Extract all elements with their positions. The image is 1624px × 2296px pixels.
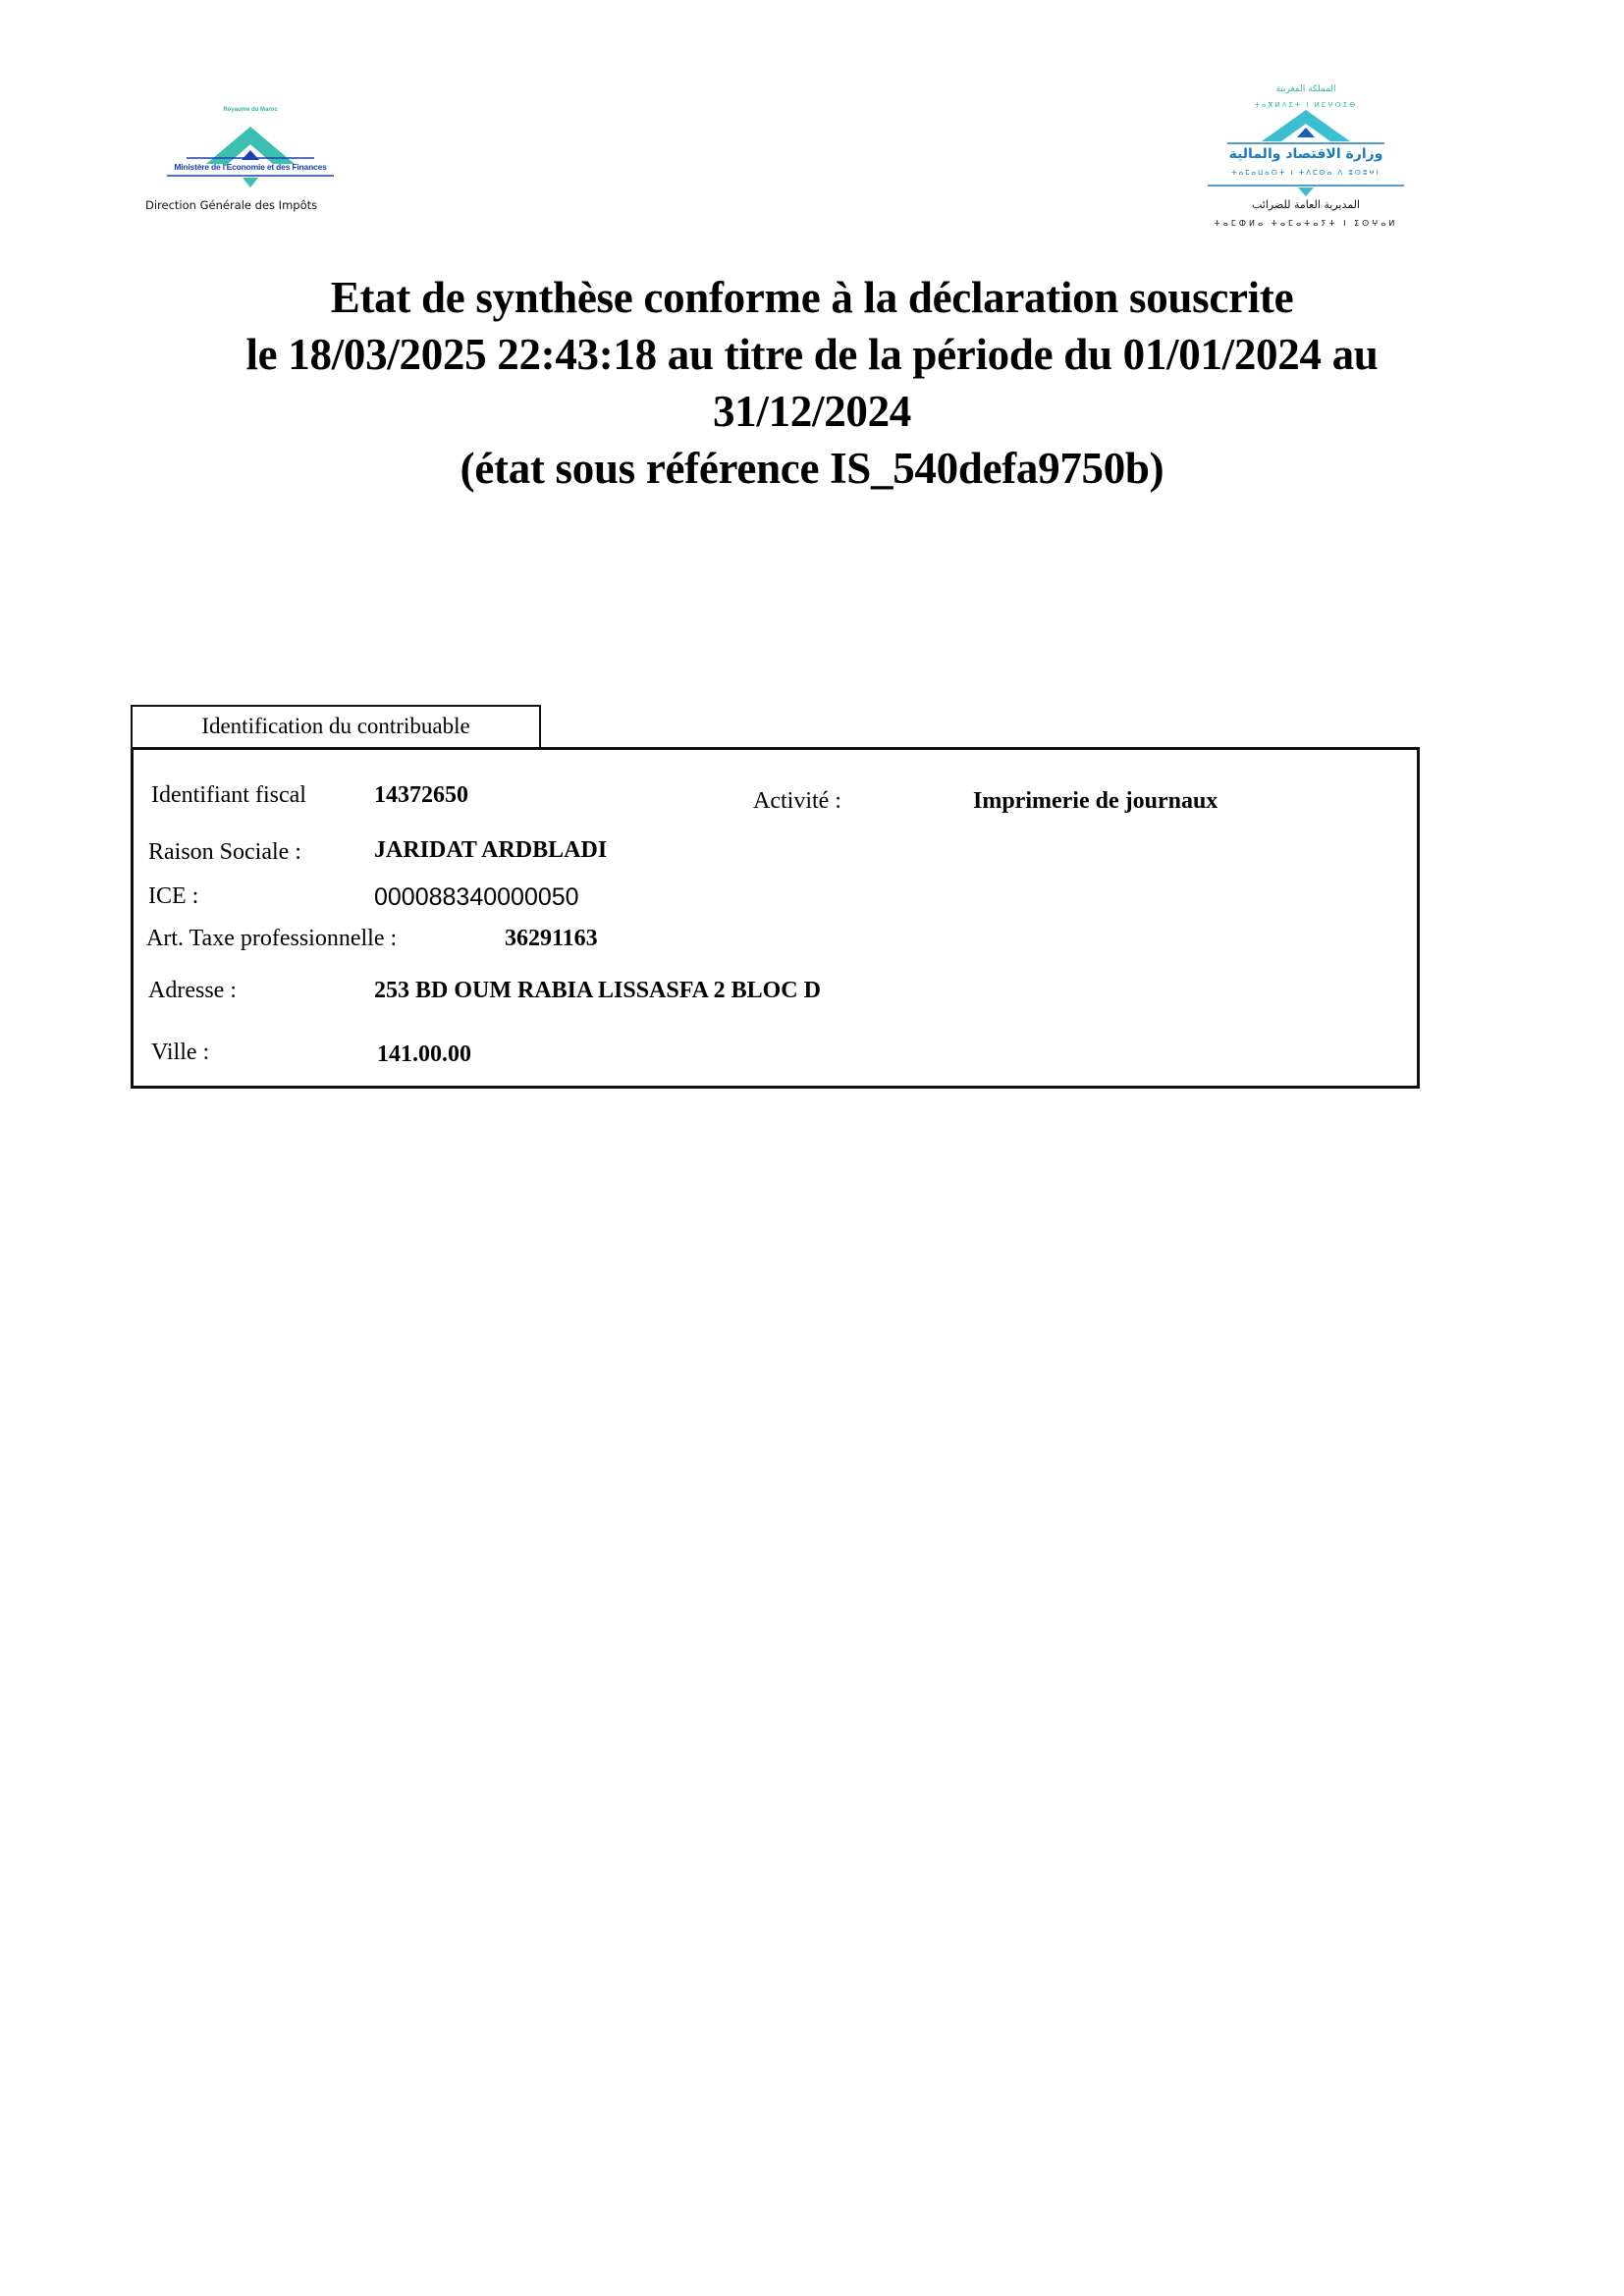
ministry-emblem-arabic-icon bbox=[1188, 80, 1424, 198]
document-title: Etat de synthèse conforme à la déclarati… bbox=[98, 269, 1526, 497]
identifiant-fiscal-value: 14372650 bbox=[374, 782, 468, 809]
logo-kingdom-tifinagh: ⵜⴰⴳⵍⴷⵉⵜ ⵏ ⵍⵎⵖⵔⵉⴱ bbox=[1188, 101, 1424, 109]
identifiant-fiscal-label: Identifiant fiscal bbox=[151, 782, 306, 809]
taxe-professionnelle-value: 36291163 bbox=[505, 926, 598, 952]
logo-kingdom-arabic: المملكة المغربية bbox=[1188, 84, 1424, 94]
raison-sociale-label: Raison Sociale : bbox=[148, 839, 301, 866]
activite-value: Imprimerie de journaux bbox=[973, 788, 1218, 815]
dgi-logo-left: Royaume du Maroc Ministère de l'Economie… bbox=[147, 103, 353, 221]
logo-ministry-tifinagh: ⵜⴰⵎⴰⵡⴰⵙⵜ ⵏ ⵜⴷⵎⵙⴰ ⴷ ⵓⵙⵓⵖⵏ bbox=[1188, 169, 1424, 177]
taxe-professionnelle-label: Art. Taxe professionnelle : bbox=[146, 926, 397, 952]
logo-kingdom-text: Royaume du Maroc bbox=[147, 107, 353, 113]
ville-label: Ville : bbox=[151, 1040, 209, 1066]
ville-value: 141.00.00 bbox=[377, 1041, 471, 1068]
logo-directorate-tifinagh: ⵜⴰⵎⵀⵍⴰ ⵜⴰⵎⴰⵜⴰⵢⵜ ⵏ ⵉⵙⵖⴰⵍ bbox=[1188, 219, 1424, 228]
title-line-3: 31/12/2024 bbox=[98, 383, 1526, 440]
title-line-2: le 18/03/2025 22:43:18 au titre de la pé… bbox=[98, 326, 1526, 383]
adresse-value: 253 BD OUM RABIA LISSASFA 2 BLOC D bbox=[374, 978, 821, 1004]
logo-directorate-arabic: المديرية العامة للضرائب bbox=[1188, 198, 1424, 211]
ice-label: ICE : bbox=[148, 883, 198, 910]
identification-section-label: Identification du contribuable bbox=[133, 714, 539, 739]
activite-label: Activité : bbox=[753, 788, 841, 815]
identification-section-tab: Identification du contribuable bbox=[131, 705, 541, 748]
title-line-4: (état sous référence IS_540defa9750b) bbox=[98, 440, 1526, 497]
ministry-emblem-icon bbox=[147, 115, 353, 193]
title-line-1: Etat de synthèse conforme à la déclarati… bbox=[98, 269, 1526, 326]
logo-directorate-text: Direction Générale des Impôts bbox=[145, 198, 317, 212]
ice-value: 000088340000050 bbox=[374, 883, 579, 912]
raison-sociale-value: JARIDAT ARDBLADI bbox=[374, 837, 607, 864]
dgi-logo-right: المملكة المغربية ⵜⴰⴳⵍⴷⵉⵜ ⵏ ⵍⵎⵖⵔⵉⴱ وزارة … bbox=[1188, 80, 1424, 238]
logo-ministry-text: Ministère de l'Economie et des Finances bbox=[147, 162, 353, 172]
adresse-label: Adresse : bbox=[148, 978, 237, 1004]
logo-ministry-arabic: وزارة الاقتصاد والمالية bbox=[1188, 146, 1424, 162]
